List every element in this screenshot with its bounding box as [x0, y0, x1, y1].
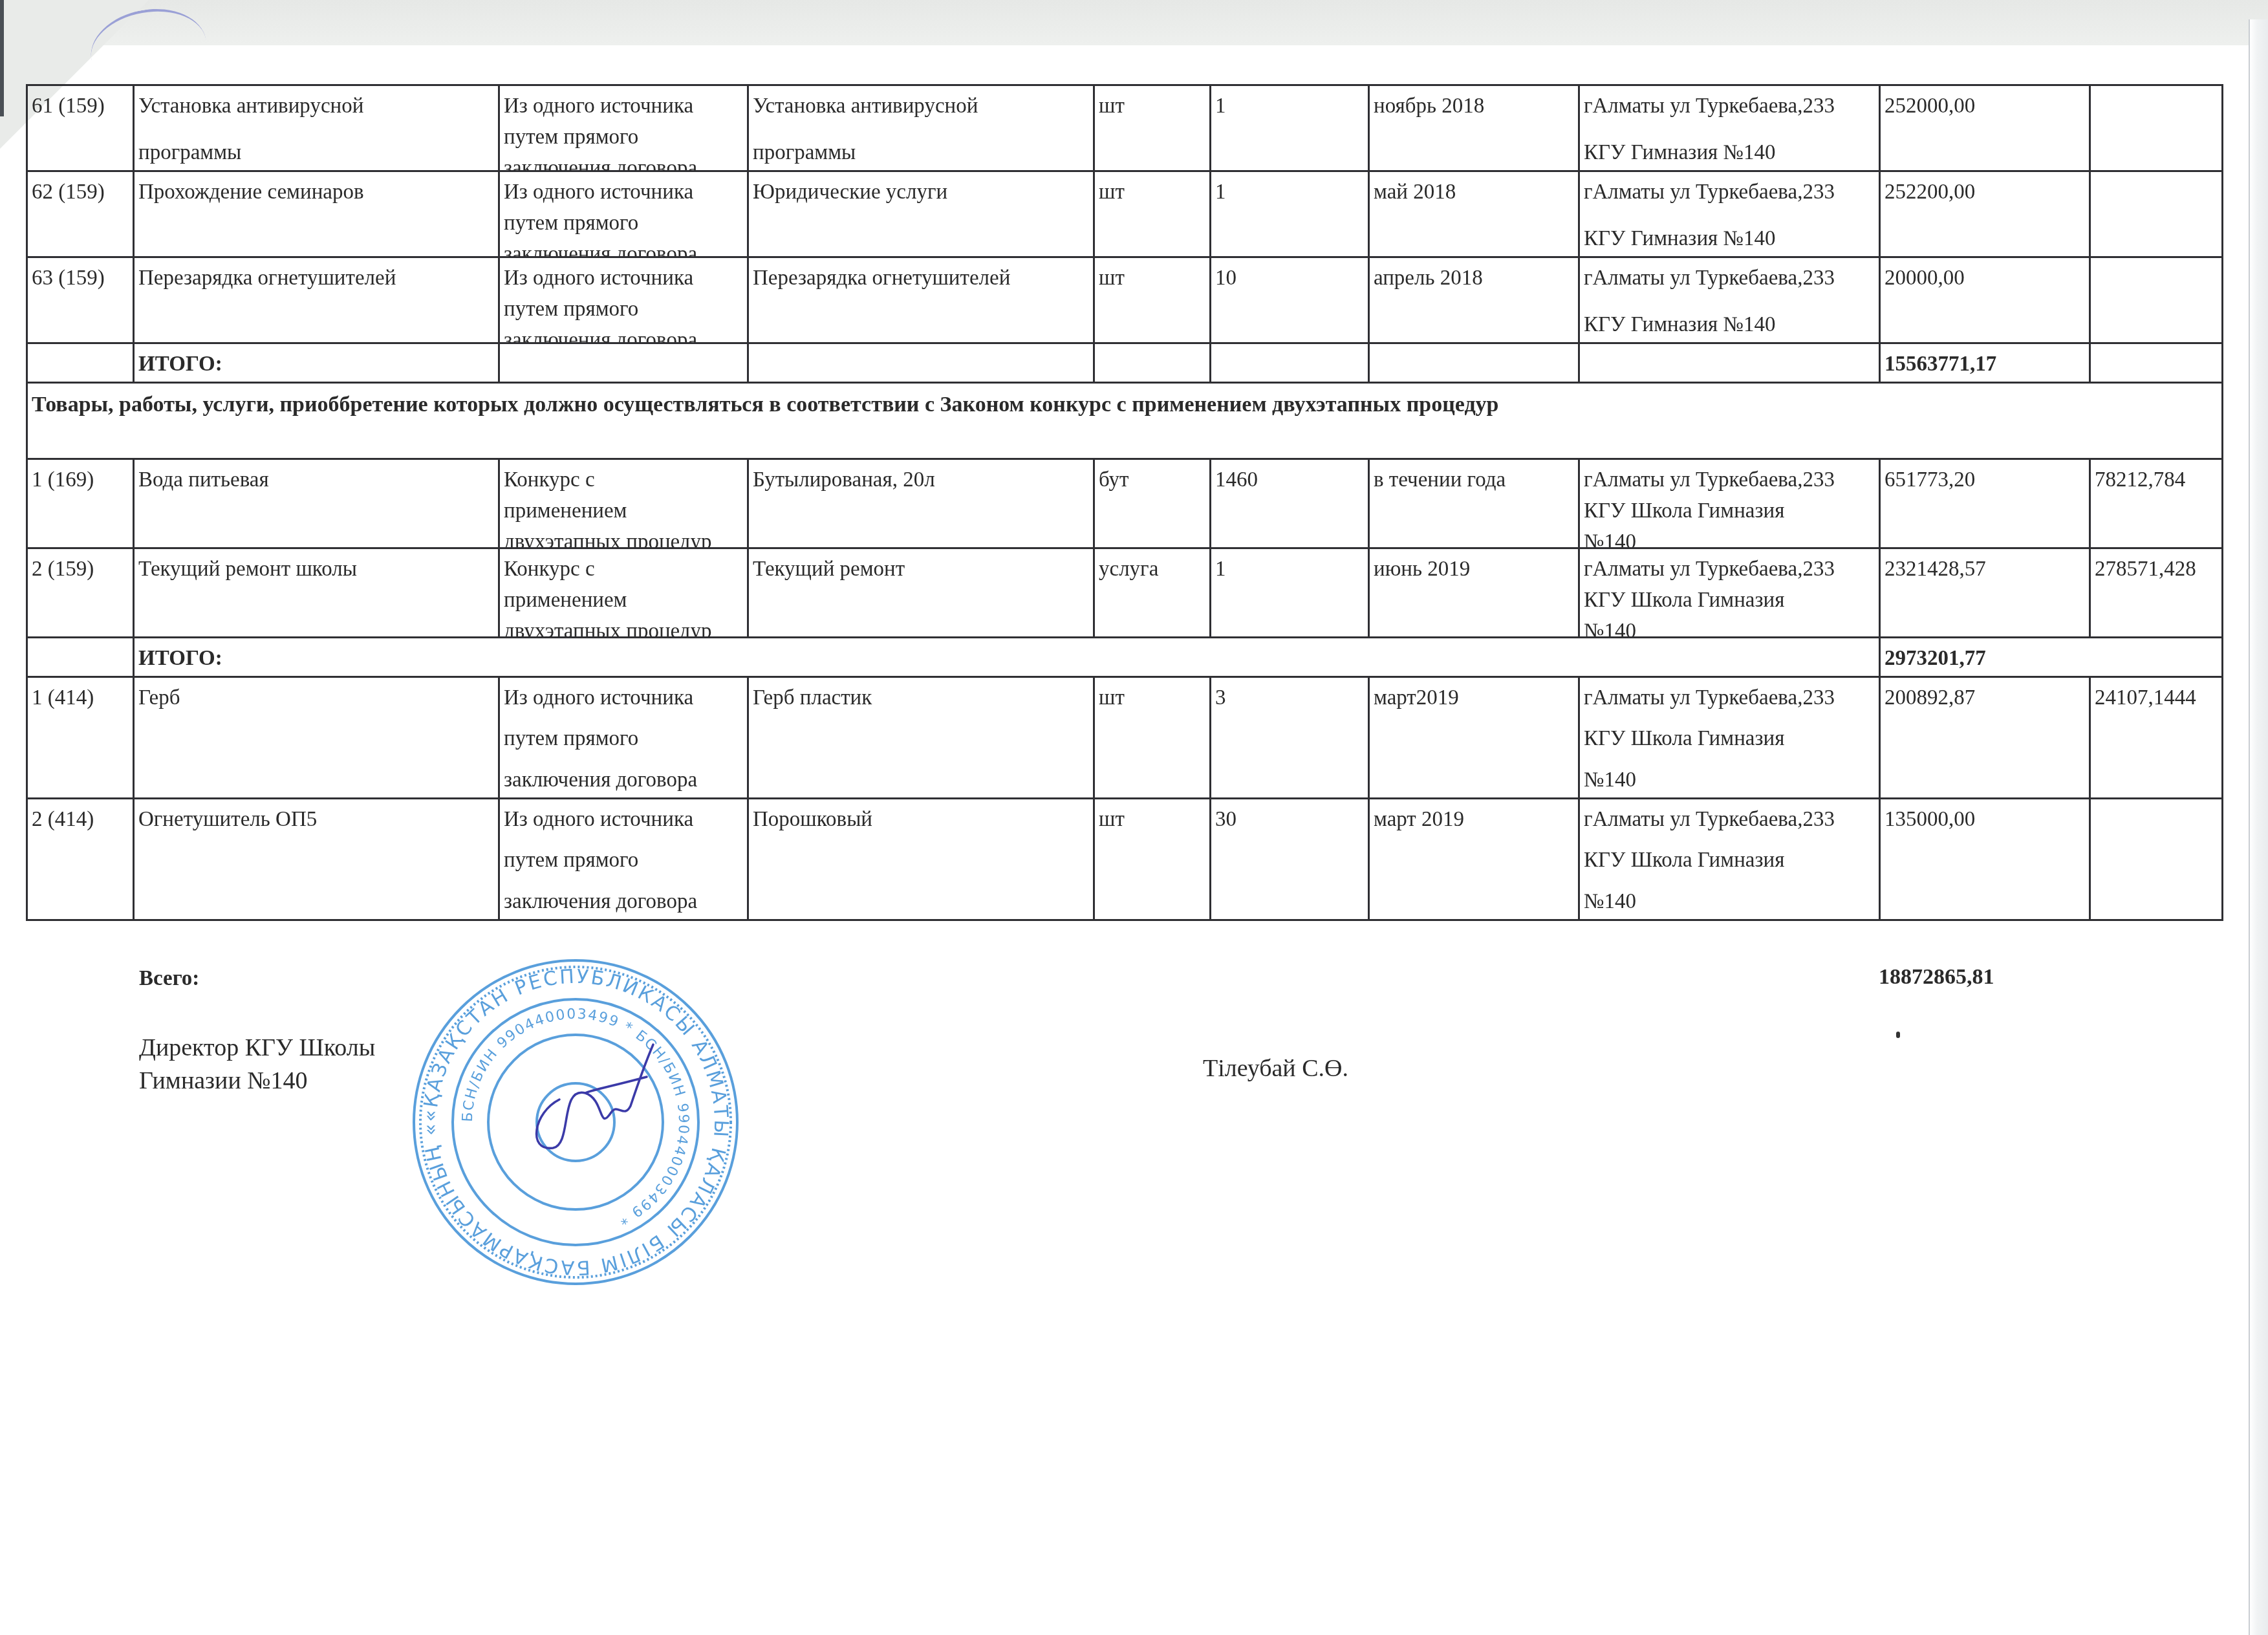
- total-row: ИТОГО: 15563771,17: [27, 343, 2223, 383]
- cell-line: КГУ Гимназия №140: [1584, 224, 1875, 255]
- quantity: 1: [1211, 85, 1369, 171]
- cell-line: №140: [1584, 887, 1875, 918]
- amount: 252000,00: [1880, 85, 2090, 171]
- cell-line: путем прямого: [504, 845, 743, 876]
- procurement-method: Конкурс сприменениемдвухэтапных процедур: [499, 548, 748, 637]
- procurement-method: Из одного источникапутем прямогозаключен…: [499, 171, 748, 257]
- amount: 2321428,57: [1880, 548, 2090, 637]
- cell-line: путем прямого: [504, 724, 743, 755]
- period: март 2019: [1369, 798, 1579, 920]
- item-number: 2 (414): [27, 798, 134, 920]
- cell-line: гАлматы ул Туркебаева,233: [1584, 554, 1875, 585]
- delivery-place: гАлматы ул Туркебаева,233КГУ Гимназия №1…: [1579, 171, 1880, 257]
- item-number: 1 (169): [27, 459, 134, 548]
- delivery-place: гАлматы ул Туркебаева,233КГУ Школа Гимна…: [1579, 798, 1880, 920]
- empty-cell: [2090, 343, 2223, 383]
- cell-line: Текущий ремонт: [753, 554, 1089, 585]
- cell-line: гАлматы ул Туркебаева,233: [1584, 805, 1875, 836]
- table-row: 2 (159) Текущий ремонт школы Конкурс спр…: [27, 548, 2223, 637]
- section-heading: Товары, работы, услуги, приоббретение ко…: [27, 382, 2223, 459]
- table-row: 62 (159) Прохождение семинаров Из одного…: [27, 171, 2223, 257]
- procurement-method: Конкурс сприменениемдвухэтапных процедур: [499, 459, 748, 548]
- empty-cell: [748, 343, 1094, 383]
- cell-line: двухэтапных процедур: [504, 616, 743, 638]
- director-title-line1: Директор КГУ Школы: [139, 1032, 375, 1065]
- advance: [2090, 798, 2223, 920]
- quantity: 30: [1211, 798, 1369, 920]
- item-specification: Установка антивируснойпрограммы: [748, 85, 1094, 171]
- period: в течении года: [1369, 459, 1579, 548]
- item-specification: Текущий ремонт: [748, 548, 1094, 637]
- cell-line: Из одного источника: [504, 263, 743, 294]
- cell-line: КГУ Школа Гимназия: [1584, 724, 1875, 755]
- table-row: 1 (414) Герб Из одного источникапутем пр…: [27, 677, 2223, 798]
- advance: 78212,784: [2090, 459, 2223, 548]
- unit: шт: [1094, 798, 1211, 920]
- cell-line: путем прямого: [504, 122, 743, 153]
- cell-line: Текущий ремонт школы: [138, 554, 494, 585]
- cell-line: Герб: [138, 683, 494, 714]
- cell-line: гАлматы ул Туркебаева,233: [1584, 683, 1875, 714]
- period: апрель 2018: [1369, 257, 1579, 343]
- cell-line: Герб пластик: [753, 683, 1089, 714]
- quantity: 10: [1211, 257, 1369, 343]
- cell-line: Из одного источника: [504, 177, 743, 208]
- cell-line: двухэтапных процедур: [504, 527, 743, 548]
- scan-background-top: [0, 0, 2268, 45]
- empty-cell: [499, 343, 748, 383]
- cell-line: Установка антивирусной: [138, 91, 494, 122]
- item-number: 61 (159): [27, 85, 134, 171]
- period: ноябрь 2018: [1369, 85, 1579, 171]
- item-name: Перезарядка огнетушителей: [134, 257, 499, 343]
- director-title-line2: Гимназии №140: [139, 1065, 375, 1098]
- cell-line: заключения договора: [504, 239, 743, 257]
- unit: шт: [1094, 85, 1211, 171]
- item-number: 1 (414): [27, 677, 134, 798]
- amount: 200892,87: [1880, 677, 2090, 798]
- amount: 252200,00: [1880, 171, 2090, 257]
- item-name: Установка антивируснойпрограммы: [134, 85, 499, 171]
- delivery-place: гАлматы ул Туркебаева,233КГУ Школа Гимна…: [1579, 548, 1880, 637]
- cell-line: Порошковый: [753, 805, 1089, 836]
- empty-cell: [1094, 343, 1211, 383]
- cell-line: программы: [753, 138, 1089, 169]
- cell-line: гАлматы ул Туркебаева,233: [1584, 263, 1875, 294]
- total-value: 2973201,77: [1880, 637, 2223, 677]
- item-name: Герб: [134, 677, 499, 798]
- item-specification: Порошковый: [748, 798, 1094, 920]
- advance: [2090, 171, 2223, 257]
- signature-icon: [514, 1041, 656, 1164]
- cell-line: Вода питьевая: [138, 465, 494, 496]
- cell-line: №140: [1584, 527, 1875, 548]
- cell-line: Бутылированая, 20л: [753, 465, 1089, 496]
- cell-line: Перезарядка огнетушителей: [753, 263, 1089, 294]
- item-specification: Герб пластик: [748, 677, 1094, 798]
- item-number: 63 (159): [27, 257, 134, 343]
- total-value: 15563771,17: [1880, 343, 2090, 383]
- delivery-place: гАлматы ул Туркебаева,233КГУ Гимназия №1…: [1579, 85, 1880, 171]
- item-name: Вода питьевая: [134, 459, 499, 548]
- advance: 278571,428: [2090, 548, 2223, 637]
- quantity: 1: [1211, 548, 1369, 637]
- cell-line: гАлматы ул Туркебаева,233: [1584, 465, 1875, 496]
- cell-line: гАлматы ул Туркебаева,233: [1584, 177, 1875, 208]
- quantity: 3: [1211, 677, 1369, 798]
- table-row: 2 (414) Огнетушитель ОП5 Из одного источ…: [27, 798, 2223, 920]
- period: май 2018: [1369, 171, 1579, 257]
- item-specification: Перезарядка огнетушителей: [748, 257, 1094, 343]
- empty-cell: [1579, 343, 1880, 383]
- cell-line: КГУ Гимназия №140: [1584, 138, 1875, 169]
- section-heading-row: Товары, работы, услуги, приоббретение ко…: [27, 382, 2223, 459]
- item-name: Текущий ремонт школы: [134, 548, 499, 637]
- cell-line: КГУ Школа Гимназия: [1584, 585, 1875, 616]
- cell-line: КГУ Школа Гимназия: [1584, 496, 1875, 527]
- cell-line: заключения договора: [504, 325, 743, 343]
- cell-line: применением: [504, 585, 743, 616]
- period: март2019: [1369, 677, 1579, 798]
- procurement-method: Из одного источникапутем прямогозаключен…: [499, 85, 748, 171]
- empty-cell: [1369, 343, 1579, 383]
- cell-line: Юридические услуги: [753, 177, 1089, 208]
- empty-cell: [1211, 343, 1369, 383]
- director-name: Тілеубай С.Ө.: [1203, 1054, 1348, 1083]
- procurement-method: Из одного источникапутем прямогозаключен…: [499, 257, 748, 343]
- cell-line: Конкурс с: [504, 465, 743, 496]
- item-specification: Бутылированая, 20л: [748, 459, 1094, 548]
- unit: шт: [1094, 257, 1211, 343]
- cell-line: Перезарядка огнетушителей: [138, 263, 494, 294]
- cell-line: Из одного источника: [504, 683, 743, 714]
- scan-right-edge: [2249, 19, 2268, 1635]
- quantity: 1: [1211, 171, 1369, 257]
- grand-total-label: Всего:: [139, 967, 199, 991]
- unit: услуга: [1094, 548, 1211, 637]
- item-name: Прохождение семинаров: [134, 171, 499, 257]
- amount: 20000,00: [1880, 257, 2090, 343]
- delivery-place: гАлматы ул Туркебаева,233КГУ Школа Гимна…: [1579, 459, 1880, 548]
- quantity: 1460: [1211, 459, 1369, 548]
- amount: 135000,00: [1880, 798, 2090, 920]
- table-row: 1 (169) Вода питьевая Конкурс сприменени…: [27, 459, 2223, 548]
- unit: шт: [1094, 171, 1211, 257]
- ink-dot: [1896, 1032, 1900, 1038]
- total-label: ИТОГО:: [134, 343, 499, 383]
- cell-line: заключения договора: [504, 153, 743, 171]
- total-label: ИТОГО:: [134, 637, 1880, 677]
- cell-line: КГУ Гимназия №140: [1584, 310, 1875, 341]
- cell-line: гАлматы ул Туркебаева,233: [1584, 91, 1875, 122]
- cell-line: применением: [504, 496, 743, 527]
- item-specification: Юридические услуги: [748, 171, 1094, 257]
- empty-cell: [27, 637, 134, 677]
- procurement-method: Из одного источникапутем прямогозаключен…: [499, 677, 748, 798]
- delivery-place: гАлматы ул Туркебаева,233КГУ Гимназия №1…: [1579, 257, 1880, 343]
- item-name: Огнетушитель ОП5: [134, 798, 499, 920]
- empty-cell: [27, 343, 134, 383]
- amount: 651773,20: [1880, 459, 2090, 548]
- delivery-place: гАлматы ул Туркебаева,233КГУ Школа Гимна…: [1579, 677, 1880, 798]
- unit: бут: [1094, 459, 1211, 548]
- table-row: 63 (159) Перезарядка огнетушителей Из од…: [27, 257, 2223, 343]
- cell-line: заключения договора: [504, 765, 743, 796]
- cell-line: №140: [1584, 765, 1875, 796]
- cell-line: Огнетушитель ОП5: [138, 805, 494, 836]
- cell-line: Из одного источника: [504, 805, 743, 836]
- cell-line: Установка антивирусной: [753, 91, 1089, 122]
- scan-left-edge: [0, 0, 4, 116]
- advance: [2090, 85, 2223, 171]
- item-number: 2 (159): [27, 548, 134, 637]
- procurement-method: Из одного источникапутем прямогозаключен…: [499, 798, 748, 920]
- grand-total-value: 18872865,81: [1879, 965, 1994, 990]
- cell-line: Конкурс с: [504, 554, 743, 585]
- cell-line: КГУ Школа Гимназия: [1584, 845, 1875, 876]
- cell-line: заключения договора: [504, 887, 743, 918]
- cell-line: путем прямого: [504, 294, 743, 325]
- advance: [2090, 257, 2223, 343]
- cell-line: путем прямого: [504, 208, 743, 239]
- advance: 24107,1444: [2090, 677, 2223, 798]
- total-row: ИТОГО: 2973201,77: [27, 637, 2223, 677]
- item-number: 62 (159): [27, 171, 134, 257]
- unit: шт: [1094, 677, 1211, 798]
- period: июнь 2019: [1369, 548, 1579, 637]
- director-title: Директор КГУ Школы Гимназии №140: [139, 1032, 375, 1098]
- table-row: 61 (159) Установка антивируснойпрограммы…: [27, 85, 2223, 171]
- cell-line: №140: [1584, 616, 1875, 638]
- cell-line: программы: [138, 138, 494, 169]
- cell-line: Прохождение семинаров: [138, 177, 494, 208]
- procurement-plan-table: 61 (159) Установка антивируснойпрограммы…: [26, 84, 2223, 921]
- cell-line: Из одного источника: [504, 91, 743, 122]
